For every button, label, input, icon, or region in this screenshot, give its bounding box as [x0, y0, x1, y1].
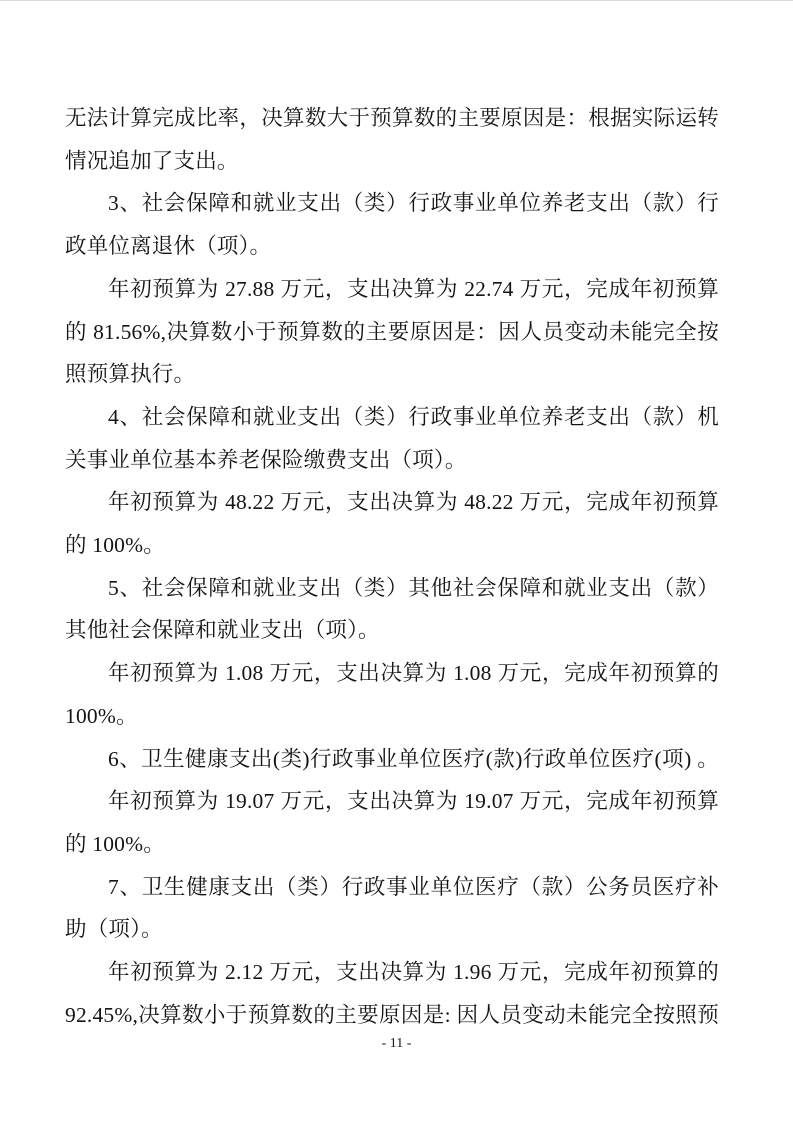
page-number: - 11 -	[0, 1034, 793, 1054]
paragraph: 年初预算为 27.88 万元，支出决算为 22.74 万元，完成年初预算的 81…	[65, 268, 719, 396]
paragraph: 年初预算为 48.22 万元，支出决算为 48.22 万元，完成年初预算的 10…	[65, 481, 719, 566]
text-line: 年初预算为 48.22 万元，支出决算为 48.22 万元，完成年初预算	[65, 481, 719, 524]
text-line: 情况追加了支出。	[65, 140, 719, 183]
text-line: 其他社会保障和就业支出（项）。	[65, 609, 719, 652]
text-line: 6、卫生健康支出(类)行政事业单位医疗(款)行政单位医疗(项) 。	[65, 738, 719, 781]
paragraph: 7、卫生健康支出（类）行政事业单位医疗（款）公务员医疗补助（项）。	[65, 866, 719, 951]
text-line: 无法计算完成比率，决算数大于预算数的主要原因是：根据实际运转	[65, 97, 719, 140]
text-line: 4、社会保障和就业支出（类）行政事业单位养老支出（款）机	[65, 396, 719, 439]
text-line: 100%。	[65, 695, 719, 738]
text-line: 3、社会保障和就业支出（类）行政事业单位养老支出（款）行	[65, 182, 719, 225]
paragraph: 年初预算为 1.08 万元，支出决算为 1.08 万元，完成年初预算的100%。	[65, 652, 719, 737]
text-line: 照预算执行。	[65, 353, 719, 396]
text-line: 助（项）。	[65, 908, 719, 951]
paragraph: 无法计算完成比率，决算数大于预算数的主要原因是：根据实际运转情况追加了支出。	[65, 97, 719, 182]
text-line: 政单位离退休（项）。	[65, 225, 719, 268]
text-line: 7、卫生健康支出（类）行政事业单位医疗（款）公务员医疗补	[65, 866, 719, 909]
text-line: 的 100%。	[65, 524, 719, 567]
text-line: 的 100%。	[65, 823, 719, 866]
paragraph: 年初预算为 2.12 万元，支出决算为 1.96 万元，完成年初预算的92.45…	[65, 951, 719, 1036]
text-line: 关事业单位基本养老保险缴费支出（项）。	[65, 439, 719, 482]
text-line: 5、社会保障和就业支出（类）其他社会保障和就业支出（款）	[65, 567, 719, 610]
text-line: 年初预算为 27.88 万元，支出决算为 22.74 万元，完成年初预算	[65, 268, 719, 311]
paragraph: 5、社会保障和就业支出（类）其他社会保障和就业支出（款）其他社会保障和就业支出（…	[65, 567, 719, 652]
text-line: 的 81.56%,决算数小于预算数的主要原因是：因人员变动未能完全按	[65, 311, 719, 354]
paragraph: 4、社会保障和就业支出（类）行政事业单位养老支出（款）机关事业单位基本养老保险缴…	[65, 396, 719, 481]
text-line: 年初预算为 1.08 万元，支出决算为 1.08 万元，完成年初预算的	[65, 652, 719, 695]
text-line: 年初预算为 19.07 万元，支出决算为 19.07 万元，完成年初预算	[65, 780, 719, 823]
text-line: 年初预算为 2.12 万元，支出决算为 1.96 万元，完成年初预算的	[65, 951, 719, 994]
text-line: 92.45%,决算数小于预算数的主要原因是: 因人员变动未能完全按照预	[65, 994, 719, 1037]
document-body: 无法计算完成比率，决算数大于预算数的主要原因是：根据实际运转情况追加了支出。3、…	[65, 97, 719, 1036]
paragraph: 年初预算为 19.07 万元，支出决算为 19.07 万元，完成年初预算的 10…	[65, 780, 719, 865]
paragraph: 3、社会保障和就业支出（类）行政事业单位养老支出（款）行政单位离退休（项）。	[65, 182, 719, 267]
document-page: 无法计算完成比率，决算数大于预算数的主要原因是：根据实际运转情况追加了支出。3、…	[0, 0, 793, 1123]
paragraph: 6、卫生健康支出(类)行政事业单位医疗(款)行政单位医疗(项) 。	[65, 738, 719, 781]
